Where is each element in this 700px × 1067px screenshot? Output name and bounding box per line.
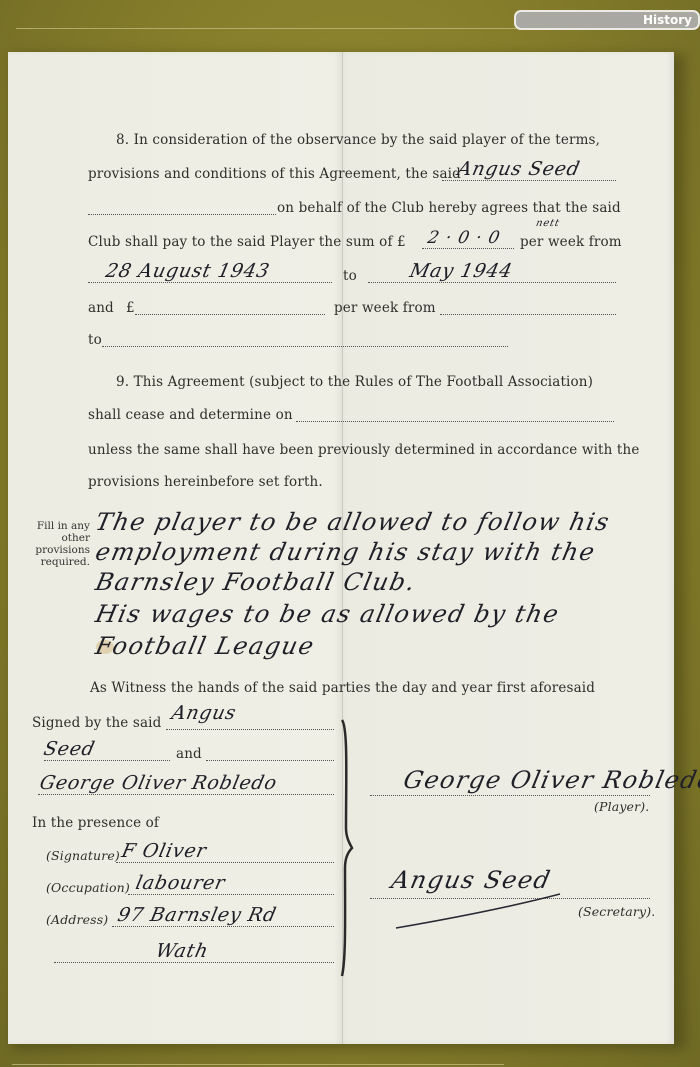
secretary-signature: Angus Seed (389, 866, 554, 894)
secretary-name-field (442, 180, 616, 181)
provision-line-1: The player to be allowed to follow his (93, 508, 613, 536)
start-date: 28 August 1943 (104, 260, 272, 282)
second-to-label: to (88, 332, 102, 348)
provision-line-5: Football League (93, 632, 317, 660)
clause8-line4: Club shall pay to the said Player the su… (88, 234, 406, 250)
provision-line-4: His wages to be as allowed by the (93, 600, 562, 628)
occupation-label: (Occupation) (46, 880, 130, 895)
blank-field (88, 214, 276, 215)
witness-statement: As Witness the hands of the said parties… (90, 680, 595, 696)
and-label: and (88, 300, 114, 316)
signature-label: (Signature) (46, 848, 120, 863)
clause8-line2: provisions and conditions of this Agreem… (88, 166, 461, 182)
cease-date-field (296, 421, 614, 422)
player-signature: George Oliver Robledo (401, 766, 700, 794)
address-field-1 (112, 926, 334, 927)
to-label: to (343, 268, 357, 284)
address-label: (Address) (46, 912, 108, 927)
curly-brace-icon (340, 718, 354, 980)
clause9-line1: 9. This Agreement (subject to the Rules … (116, 374, 593, 390)
clause9-line3: unless the same shall have been previous… (88, 442, 639, 458)
witness-signature-field (116, 862, 334, 863)
signed-by-name-1: Angus (170, 702, 239, 724)
second-to-field (102, 346, 508, 347)
presence-label: In the presence of (32, 815, 159, 831)
signed-by-label: Signed by the said (32, 715, 161, 731)
address-line-1: 97 Barnsley Rd (116, 904, 279, 926)
clause9-line2: shall cease and determine on (88, 407, 293, 423)
margin-note: Fill in any other provisions required. (28, 520, 90, 568)
clause8-line4-suffix: per week from (520, 234, 622, 250)
occupation-field (128, 894, 334, 895)
signed-by-player-field (38, 794, 334, 795)
bottom-rule (12, 1064, 504, 1065)
wage-field (422, 248, 514, 249)
section-tab-label: History (643, 13, 692, 27)
nett-insert: nett (535, 218, 561, 229)
player-label: (Player). (594, 799, 649, 814)
provision-line-2: employment during his stay with the (93, 538, 598, 566)
clause8-line1: 8. In consideration of the observance by… (116, 132, 600, 148)
clause8-line3: on behalf of the Club hereby agrees that… (277, 200, 621, 216)
address-line-2: Wath (154, 940, 211, 962)
top-rule (16, 28, 516, 29)
address-field-2 (54, 962, 334, 963)
secretary-name-handwritten: Angus Seed (456, 158, 583, 180)
end-date: May 1944 (408, 260, 515, 282)
end-date-field (368, 282, 616, 283)
witness-signature: F Oliver (120, 840, 209, 862)
signed-by-player-name: George Oliver Robledo (38, 772, 280, 794)
signed-by-field-2 (44, 760, 170, 761)
secretary-label: (Secretary). (578, 904, 655, 919)
second-from-field (440, 314, 616, 315)
second-wage-field (135, 314, 325, 315)
signed-by-field-1 (166, 729, 334, 730)
occupation-value: labourer (134, 872, 228, 894)
clause9-line4: provisions hereinbefore set forth. (88, 474, 323, 490)
section-tab: History (514, 10, 700, 30)
signed-by-field-3 (206, 760, 334, 761)
per-week-label: per week from (334, 300, 436, 316)
wage-amount: 2 · 0 · 0 (426, 228, 502, 248)
player-signature-line (370, 795, 650, 796)
signed-by-name-2: Seed (42, 738, 98, 760)
signature-flourish (394, 892, 564, 932)
provision-line-3: Barnsley Football Club. (93, 568, 419, 596)
start-date-field (88, 282, 332, 283)
and-label-2: and (176, 746, 202, 762)
pound-label: £ (126, 300, 135, 316)
